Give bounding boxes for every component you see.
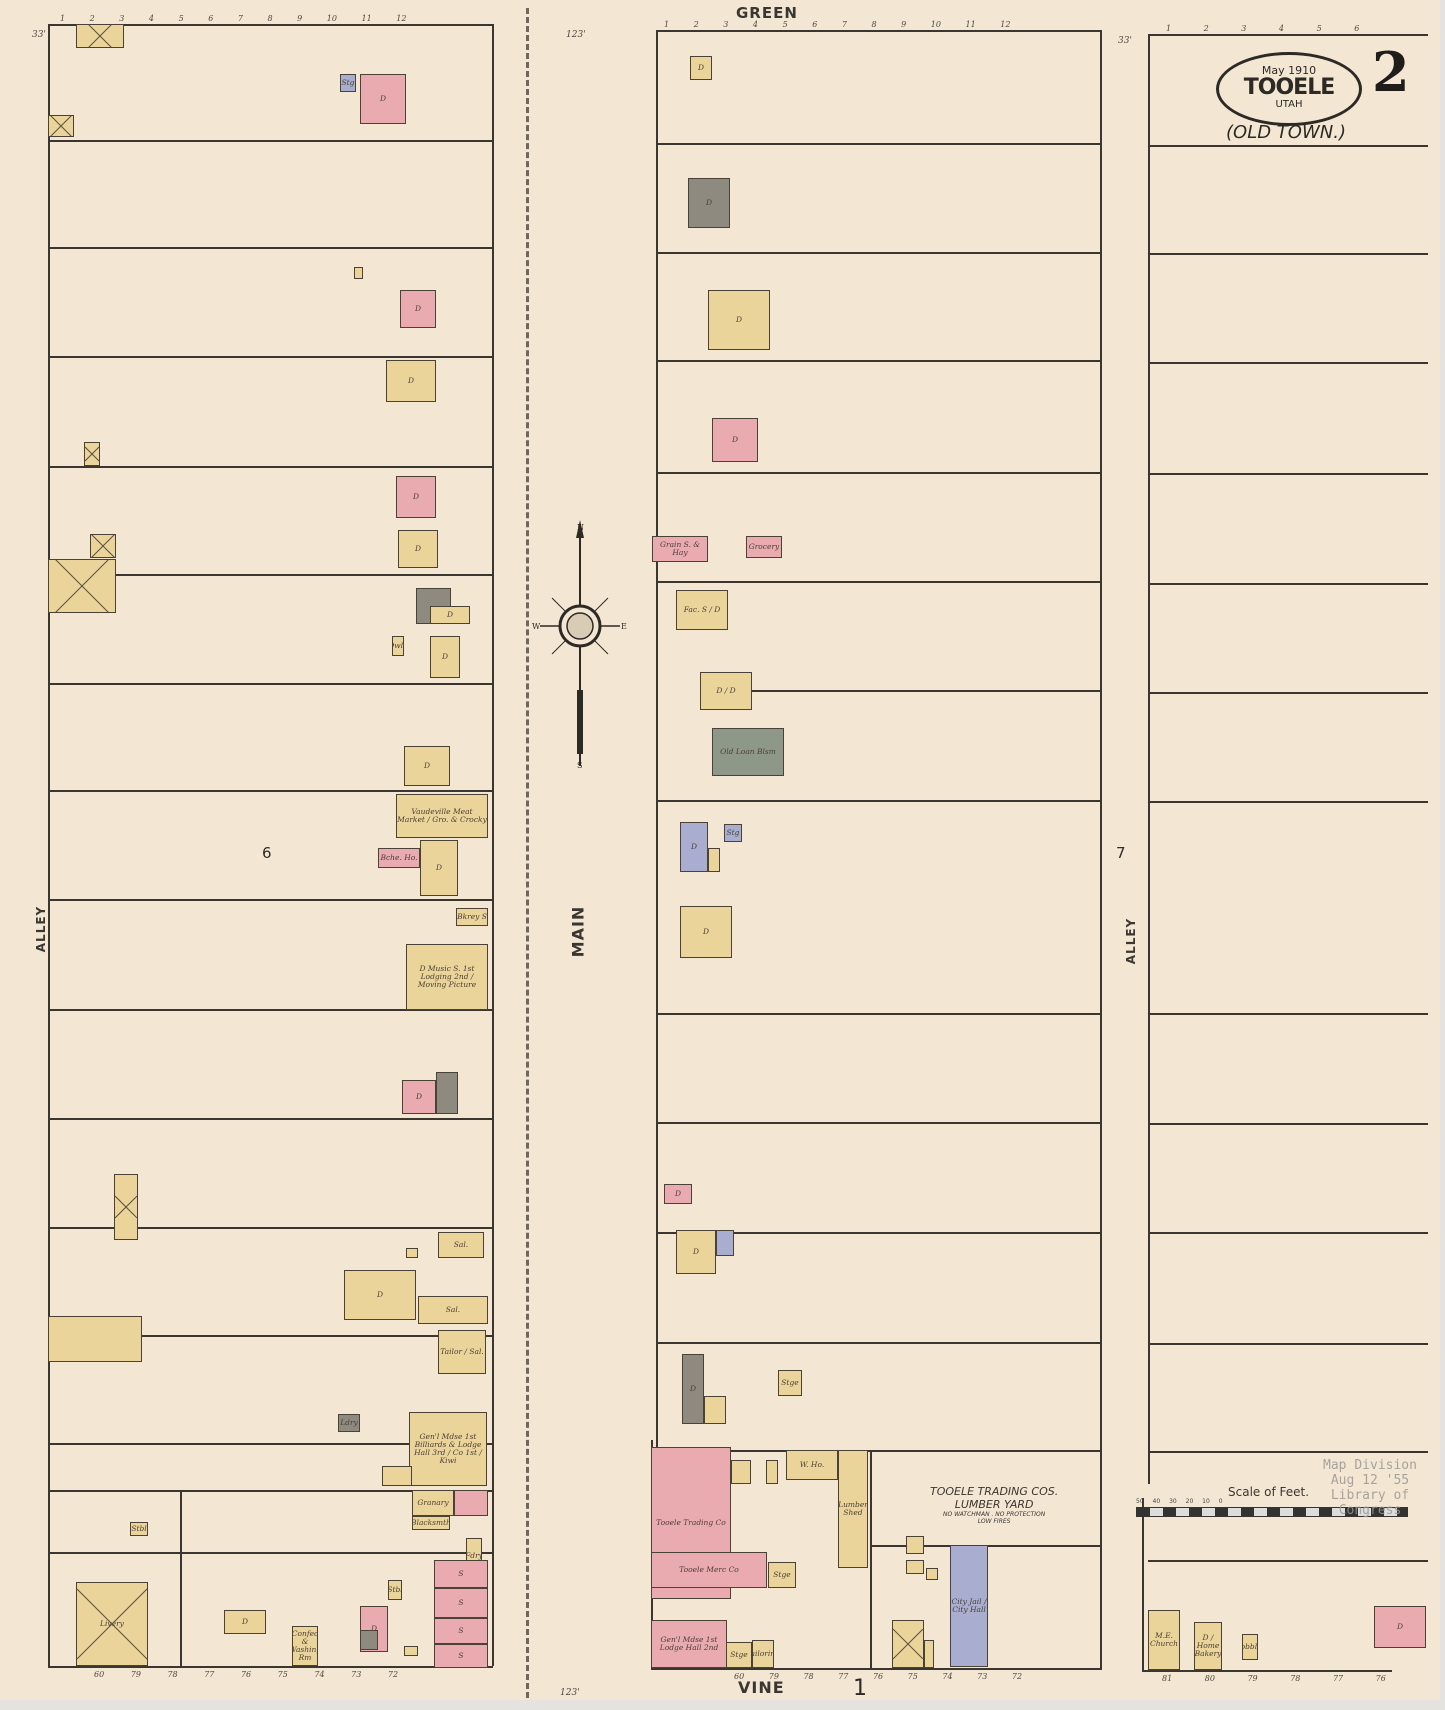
building: [436, 1072, 458, 1114]
building: Lumber Shed: [838, 1450, 868, 1568]
corner-width-nw: 33': [32, 30, 46, 40]
building: Gen'l Mdse 1st Billiards & Lodge Hall 3r…: [409, 1412, 487, 1486]
street-label-main: MAIN: [568, 906, 587, 958]
building: D Music S. 1st Lodging 2nd / Moving Pict…: [406, 944, 488, 1010]
building: Tailoring: [752, 1640, 774, 1668]
sheet-number: 2: [1372, 40, 1410, 104]
building: S: [434, 1618, 488, 1644]
building: Stg: [724, 824, 742, 842]
block-edge: [48, 1666, 493, 1668]
building: [924, 1640, 934, 1668]
building: D / D: [700, 672, 752, 710]
corner-width-ne: 33': [1118, 36, 1132, 46]
building: [906, 1536, 924, 1554]
building: D: [404, 746, 450, 786]
building: D: [680, 822, 708, 872]
building: D: [360, 74, 406, 124]
building: Old Loan Blsm: [712, 728, 784, 776]
block-edge: [1148, 34, 1428, 36]
building: D: [688, 178, 730, 228]
building: [926, 1568, 938, 1580]
building: D: [708, 290, 770, 350]
building: City Jail / City Hall: [950, 1545, 988, 1667]
svg-text:E: E: [621, 622, 627, 631]
building: Dwlg: [392, 636, 404, 656]
svg-text:S: S: [577, 761, 582, 770]
building: D: [420, 840, 458, 896]
main-street-centerline: [526, 8, 529, 1698]
building: Tailor / Sal.: [438, 1330, 486, 1374]
building: D: [344, 1270, 416, 1320]
building: Sal.: [418, 1296, 488, 1324]
building: [382, 1466, 412, 1486]
block-number-west: 6: [262, 844, 272, 862]
scale-ticks: 50 40 30 20 10 0: [1136, 1498, 1223, 1505]
state-name: UTAH: [1219, 99, 1359, 110]
block-edge: [1142, 1670, 1392, 1672]
building: Stg: [340, 74, 356, 92]
building: D: [402, 1080, 436, 1114]
lot-numbers-top-west: 1 2 3 4 5 6 7 8 9 10 11 12: [60, 14, 406, 23]
building: D: [386, 360, 436, 402]
town-name: TOOELE: [1219, 77, 1359, 99]
block-edge: [1142, 1498, 1144, 1670]
block-edge: [1148, 34, 1150, 1484]
building: D: [224, 1610, 266, 1634]
building: D: [680, 906, 732, 958]
building: D: [1374, 1606, 1426, 1648]
district-subtitle: (OLD TOWN.): [1226, 122, 1346, 143]
building: [716, 1230, 734, 1256]
building: [708, 848, 720, 872]
building: M.E. Church: [1148, 1610, 1180, 1670]
building: Tooele Merc Co: [651, 1552, 767, 1588]
block-edge: [651, 1668, 1102, 1670]
building: [766, 1460, 778, 1484]
street-width-top: 123': [566, 30, 586, 40]
lot-numbers-bottom-west: 60 79 78 77 76 75 74 73 72: [94, 1670, 398, 1679]
sanborn-map-sheet: GREEN VINE MAIN ALLEY ALLEY 6 7 123' 123…: [0, 0, 1440, 1700]
building: D: [430, 636, 460, 678]
building: Gen'l Mdse 1st Lodge Hall 2nd: [651, 1620, 727, 1668]
building: Grocery: [746, 536, 782, 558]
block-number-east: 7: [1116, 844, 1126, 862]
street-width-bottom: 123': [560, 1688, 580, 1698]
block-edge: [656, 30, 1102, 32]
building: Blacksmth: [412, 1516, 450, 1530]
building: Stbl: [130, 1522, 148, 1536]
building: [406, 1248, 418, 1258]
block-edge: [656, 30, 658, 1450]
library-stamp: Map Division Aug 12 '55 Library of Congr…: [1300, 1458, 1440, 1518]
building: D: [682, 1354, 704, 1424]
building: Stge: [726, 1642, 752, 1668]
scale-label: Scale of Feet.: [1228, 1485, 1309, 1499]
building: [704, 1396, 726, 1424]
building: Grain S. & Hay: [652, 536, 708, 562]
building: [90, 534, 116, 558]
building: Stbl: [388, 1580, 402, 1600]
building: S: [434, 1560, 488, 1588]
building: Bkrey S: [456, 908, 488, 926]
block-edge: [1100, 30, 1102, 1668]
building: [114, 1174, 138, 1240]
building: D: [676, 1230, 716, 1274]
building: [84, 442, 100, 466]
block-edge: [48, 24, 50, 1666]
building: D: [396, 476, 436, 518]
building: W. Ho.: [786, 1450, 838, 1480]
building: D / Home Bakery: [1194, 1622, 1222, 1670]
building: [731, 1460, 751, 1484]
svg-text:N: N: [577, 523, 584, 532]
building: Cobbler: [1242, 1634, 1258, 1660]
svg-text:W: W: [532, 622, 541, 631]
building: Ldry: [338, 1414, 360, 1432]
building: Bche. Ho.: [378, 848, 420, 868]
lot-numbers-top-center: 1 2 3 4 5 6 7 8 9 10 11 12: [664, 20, 1010, 29]
building: Stge: [768, 1562, 796, 1588]
title-cartouche: May 1910 TOOELE UTAH: [1216, 52, 1362, 126]
lot-numbers-bottom-east: 81 80 79 78 77 76: [1162, 1674, 1386, 1683]
street-label-alley-east: ALLEY: [1124, 918, 1138, 964]
building: [48, 115, 74, 137]
building: [48, 1316, 142, 1362]
building: [76, 24, 124, 48]
building: D: [712, 418, 758, 462]
building: D: [398, 530, 438, 568]
lot-numbers-top-east: 1 2 3 4 5 6: [1166, 24, 1359, 33]
building: [404, 1646, 418, 1656]
building: D: [400, 290, 436, 328]
block-edge: [492, 24, 494, 1666]
building: [360, 1630, 378, 1650]
building: Sal.: [438, 1232, 484, 1258]
lumber-yard-label: TOOELE TRADING COS. LUMBER YARD NO WATCH…: [930, 1485, 1058, 1525]
building: [906, 1560, 924, 1574]
building: D: [664, 1184, 692, 1204]
building: [454, 1490, 488, 1516]
building: S: [434, 1644, 488, 1668]
building: [892, 1620, 924, 1668]
building: Granary: [412, 1490, 454, 1516]
building: S: [434, 1588, 488, 1618]
building: Vaudeville Meat Market / Gro. & Crocky: [396, 794, 488, 838]
building: [48, 559, 116, 613]
building: [354, 267, 363, 279]
adjoining-sheet-number: 1: [853, 1676, 867, 1701]
lot-numbers-bottom-center: 60 79 78 77 76 75 74 73 72: [734, 1672, 1022, 1681]
building: D: [690, 56, 712, 80]
compass-rose-icon: N S W E: [532, 520, 628, 770]
building: D: [430, 606, 470, 624]
building: Confec & Washing Rm: [292, 1626, 318, 1666]
building: Livery: [76, 1582, 148, 1666]
building: Stge: [778, 1370, 802, 1396]
building: Fac. S / D: [676, 590, 728, 630]
street-label-alley-west: ALLEY: [34, 906, 48, 952]
